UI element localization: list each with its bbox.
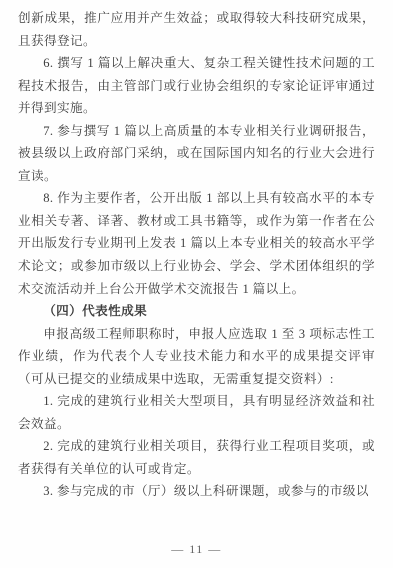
document-body: 创新成果，推广应用并产生效益；或取得较大科技研究成果，且获得登记。 6. 撰写 … [18, 7, 375, 503]
document-page: 创新成果，推广应用并产生效益；或取得较大科技研究成果，且获得登记。 6. 撰写 … [0, 0, 393, 568]
numbered-item-3: 3. 参与完成的市（厅）级以上科研课题，或参与的市级以 [18, 480, 375, 503]
numbered-item-7: 7. 参与撰写 1 篇以上高质量的本专业相关行业调研报告，被县级以上政府部门采纳… [18, 120, 375, 188]
intro-paragraph: 申报高级工程师职称时，申报人应选取 1 至 3 项标志性工作业绩，作为代表个人专… [18, 323, 375, 391]
page-number: — 11 — [0, 542, 393, 557]
numbered-item-8: 8. 作为主要作者，公开出版 1 部以上具有较高水平的本专业相关专著、译著、教材… [18, 187, 375, 300]
section-heading: （四）代表性成果 [18, 300, 375, 323]
numbered-item-6: 6. 撰写 1 篇以上解决重大、复杂工程关键性技术问题的工程技术报告，由主管部门… [18, 52, 375, 120]
numbered-item-1: 1. 完成的建筑行业相关大型项目，具有明显经济效益和社会效益。 [18, 390, 375, 435]
continuation-paragraph: 创新成果，推广应用并产生效益；或取得较大科技研究成果，且获得登记。 [18, 7, 375, 52]
numbered-item-2: 2. 完成的建筑行业相关项目，获得行业工程项目奖项，或者获得有关单位的认可或肯定… [18, 435, 375, 480]
